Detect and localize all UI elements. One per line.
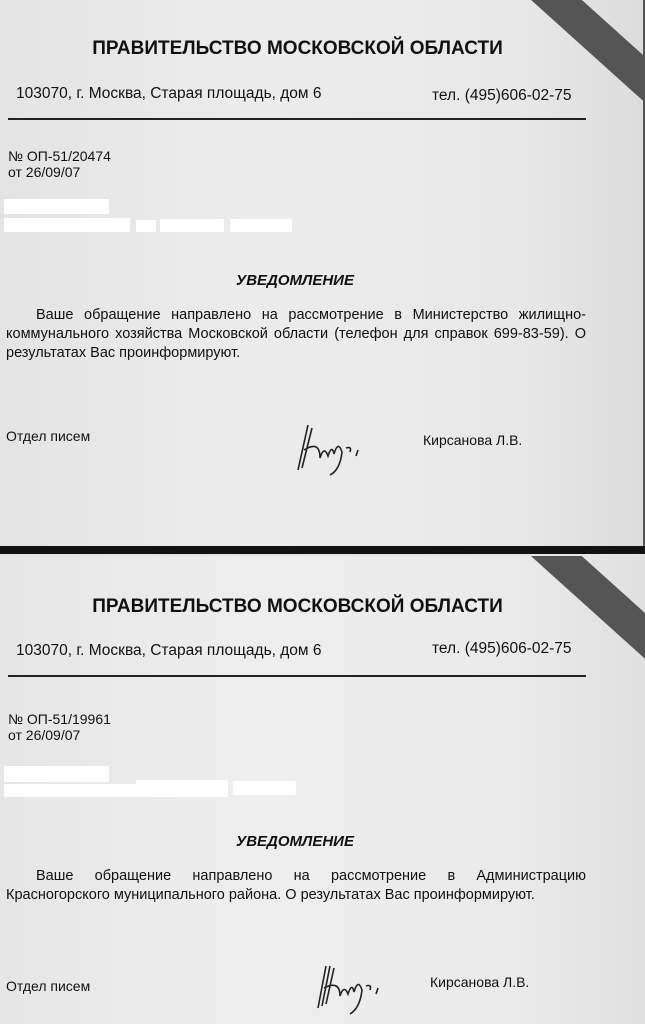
redaction xyxy=(160,219,224,232)
redaction xyxy=(4,766,109,782)
notice-body: Ваше обращение направлено на рассмотрени… xyxy=(6,306,586,363)
redaction xyxy=(4,784,136,797)
notice-body: Ваше обращение направлено на рассмотрени… xyxy=(6,867,586,905)
header-rule xyxy=(8,118,586,120)
address: 103070, г. Москва, Старая площадь, дом 6 xyxy=(16,642,322,660)
redaction xyxy=(4,218,130,232)
corner-stripe xyxy=(520,0,645,164)
redaction xyxy=(230,219,292,232)
signer-name: Кирсанова Л.В. xyxy=(430,974,529,990)
org-title: ПРАВИТЕЛЬСТВО МОСКОВСКОЙ ОБЛАСТИ xyxy=(0,596,595,618)
notice-heading: УВЕДОМЛЕНИЕ xyxy=(0,272,590,289)
redaction xyxy=(233,781,296,795)
reference-date: от 26/09/07 xyxy=(8,727,80,743)
org-title: ПРАВИТЕЛЬСТВО МОСКОВСКОЙ ОБЛАСТИ xyxy=(0,38,595,60)
reference-number: № ОП-51/20474 xyxy=(8,148,111,164)
header-rule xyxy=(8,675,586,677)
phone: тел. (495)606-02-75 xyxy=(432,87,572,105)
signature xyxy=(290,420,380,480)
phone: тел. (495)606-02-75 xyxy=(432,640,572,658)
reference-date: от 26/09/07 xyxy=(8,164,80,180)
redaction xyxy=(4,199,109,214)
redaction xyxy=(136,780,228,797)
department: Отдел писем xyxy=(6,428,90,444)
corner-stripe xyxy=(522,556,645,722)
signer-name: Кирсанова Л.В. xyxy=(423,432,522,448)
department: Отдел писем xyxy=(6,978,90,994)
reference-number: № ОП-51/19961 xyxy=(8,711,111,727)
redaction xyxy=(136,220,156,232)
letter-2: ПРАВИТЕЛЬСТВО МОСКОВСКОЙ ОБЛАСТИ 103070,… xyxy=(0,556,645,1024)
letter-1: ПРАВИТЕЛЬСТВО МОСКОВСКОЙ ОБЛАСТИ 103070,… xyxy=(0,0,645,552)
signature xyxy=(310,960,400,1020)
page-divider xyxy=(0,546,645,554)
notice-heading: УВЕДОМЛЕНИЕ xyxy=(0,833,590,850)
address: 103070, г. Москва, Старая площадь, дом 6 xyxy=(16,85,322,103)
